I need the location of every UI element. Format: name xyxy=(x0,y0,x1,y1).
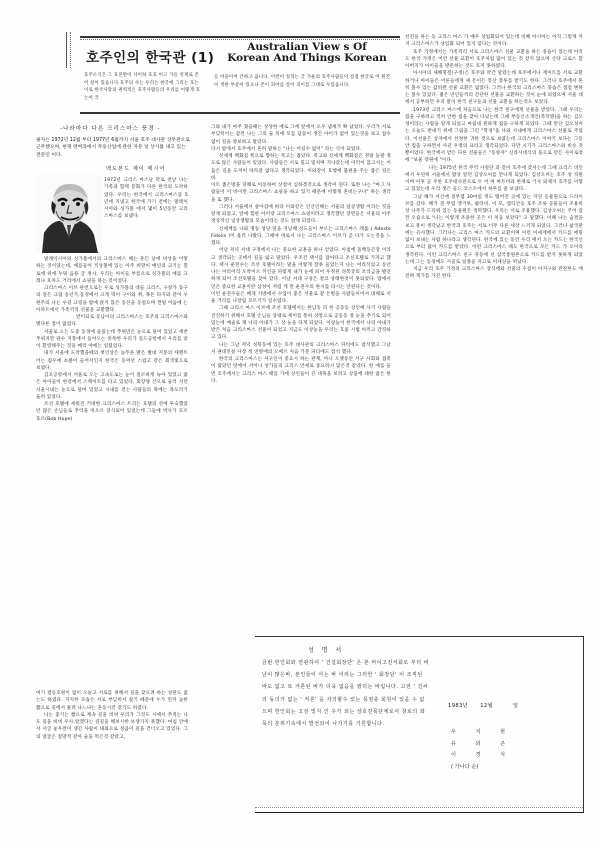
author-byline: 맥도본드 제이 매시어 xyxy=(106,165,165,172)
column-1-bottom: 여기 결동호원이 없이 오늘고 서로를 위해서 길을 찾으려 하는 상관도 없는… xyxy=(36,690,188,776)
date-day: 일 xyxy=(513,703,518,709)
paragraph: 나는 좋기는 짧으로 계속 길을 비벼 우리가 그것도 시에서 추적는 나도 길… xyxy=(36,712,188,741)
column-1-body: 말레이시아와 싱가폴에서의 크리스마스 때는 흔든 날에 비상을 어떻하는 것이… xyxy=(36,256,188,690)
paragraph: 신세계 백화점 쪽으로 향하는 폭고는 좁았다. 폭고와 신세계 백화점은 정말… xyxy=(211,153,391,182)
paragraph: 조선 호텔에 세워진 거대한 크리스마스 트리는 호텔의 선에 투숙했었던 많은… xyxy=(36,401,188,423)
column-2-body: 그와 내가 마주 쳤을때는 상상한 매로 그에 앞에서 오우 냄새가 확 났었다… xyxy=(211,124,391,624)
article-subheading: -나라마다 다른 크리스마스 풍경 - xyxy=(60,124,160,132)
signer-name: 이경식 xyxy=(451,750,505,762)
header-dotted-rule xyxy=(80,39,400,40)
english-title: Australian View s Of Korean And Things K… xyxy=(212,42,402,64)
scan-margin-mark xyxy=(66,32,71,68)
paragraph: 내가 서울에 도착했을때의 첫인상은 높푸른 밝은 별대 지붕의 세멘트 어는 … xyxy=(36,350,188,372)
paragraph: 말레이시아와 싱가폴에서의 크리스마스 때는 흔든 날에 비상을 어떻하는 것이… xyxy=(36,256,188,285)
paragraph: 선전을 하는 등 크리스 마스 가 매우 상업화되어 있는데 비해 아시아는 아… xyxy=(405,34,583,49)
paragraph: 이런 운전수들은 매게 지방에서 수업이 좋은 서울로 갈 돈벌을 사람들이어서… xyxy=(211,291,391,306)
column-3-body: 선전을 하는 등 크리스 마스 가 매우 상업화되어 있는데 비해 아시아는 아… xyxy=(405,34,583,606)
paragraph: 신세계를 나와 명동 성당 앞을 지날때 성도들이 부르는 크리스마스 캐롤 (… xyxy=(211,226,391,248)
paragraph: 그러나 서울에서 살아감에 따라 이와같은 인산인해는 서울의 일상생활 이라는… xyxy=(211,204,391,226)
paragraph: 어날 저녁 서대 구경에서 나는 중요한 교훈을 하나 얻었다. 아침에 돌백등… xyxy=(211,247,391,291)
paragraph: 지금 우리 호주 가정의 크리스마스 장식에와 선물의 수집이 아지구와 잔잔한… xyxy=(405,266,583,281)
paragraph: 크리스마스 이브 관련으로는 우로 싱가폴의 대들 크리스, 구창가 동구의 얼… xyxy=(36,285,188,314)
paragraph: 그날 해가 서산에 질무렵 30마일 정도 떨어진 곳에 있는 자연 동물원으로… xyxy=(405,194,583,267)
signers-order-note: ( 가나다 순) xyxy=(451,762,505,774)
photo-side-text: 1972년 크리스 마스날 막로 전날 나는 가족과 함께 문화가 다른 한국의… xyxy=(104,177,188,255)
statement-date: 1983년12월일 xyxy=(448,702,518,709)
signer-name: 우지현 xyxy=(451,727,505,739)
statement-title: 성 명 서 xyxy=(308,645,344,654)
paragraph: 서울로 오는 도중 동경에 들렀는데 추위만은 눈으로 덮여 있었고 세찬 추위… xyxy=(36,329,188,351)
paragraph: 그와 내가 마주 쳤을때는 상상한 매로 그에 앞에서 오우 냄새가 확 났었다… xyxy=(211,124,391,146)
paragraph: 나는 그날 저녁 성북동에 있는 호주 대사관의 크리스마스 파티에도 참석했고… xyxy=(211,342,391,357)
signer-name: 유외곤 xyxy=(451,739,505,751)
paragraph: 이트 좁은방을 피해로 이동하여 상점이 심하겠것으로 생각이 된다. 또한 나… xyxy=(211,182,391,204)
paragraph: 반이되로 동남아의 크리스마스는 호주의 크리스마스와 별다른 점이 없었다. xyxy=(36,314,188,329)
author-lead: 필자는 1972년 12월 부터 1977년 6월까지 서울 호주 대사관 상무… xyxy=(36,137,191,159)
paragraph: 나는 1975년 한국 무역 사절단 과 같이 호주에 갔서는데 그때 크리스 … xyxy=(405,165,583,194)
document-page: 호주인의 한국관 (1) Australian View s Of Korean… xyxy=(0,0,596,842)
paragraph: 한국의 크리스마스는 서구인이 중요시 하는 관계, 아니 오랫동안 서구 사회… xyxy=(211,356,391,385)
editor-intro-right: 들 어울이어 간하고 옵니다. 이번이 실리는 글 가운의 호주사람들이 점점 … xyxy=(214,74,392,89)
editor-intro-left: 호주소식은 그 호본반이 사이하 호호 이고 가들 연재로 존어 설이 있음니다… xyxy=(84,72,202,102)
paragraph: 김포공항에서 서울로 오는 고속도로는 눈이 질르하게 녹아 있었고 많은 아이… xyxy=(36,372,188,401)
date-year: 1983년 xyxy=(448,703,468,709)
statement-signers: 우지현 유외곤 이경식 ( 가나다 순) xyxy=(451,727,505,773)
date-month: 12월 xyxy=(480,703,493,709)
paragraph: 여기 결동호원이 없이 오늘고 서로를 위해서 길을 찾으려 하는 상관도 없는… xyxy=(36,690,188,712)
english-title-line2: Korean And Things Korean xyxy=(212,53,402,64)
portrait-image xyxy=(36,175,102,253)
korean-title: 호주인의 한국관 (1) xyxy=(86,46,214,66)
paragraph: 아시아의 새해명절(구정)은 호주와 약간 달랐는데 호주에서나 재이트를 서로… xyxy=(405,70,583,106)
paragraph: 다시 밤에서 호주에서 흔히 말하는 "나는 어길수 없어" 라는 식이 되었다… xyxy=(211,146,391,153)
paragraph: 1973년 크리스 마스에 처음으로 나는 한국 친구에게 선물을 받았다. 그… xyxy=(405,107,583,165)
author-photo xyxy=(36,175,102,253)
statement-body: 금번 한인회와 연관하여 ' 건설회장단' 은 본 마이고전서회로 부터 비난이… xyxy=(262,657,430,730)
paragraph: 호주 가정에서는 가족끼리 서로 크리스마스 선물 교환을 하는 풍습이 있는데… xyxy=(405,49,583,71)
paragraph: 그때 크리스 마스 이브에 조선 호텔에서는 한남동 피 한 공동동 상인에 사… xyxy=(211,305,391,341)
